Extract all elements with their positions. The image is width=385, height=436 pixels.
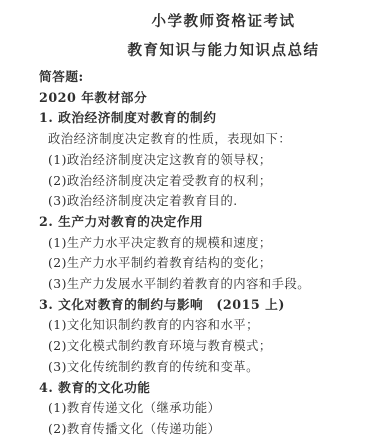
section-1-item-1: (1)政治经济制度决定这教育的领导权；: [39, 150, 385, 171]
document-title-line1: 小学教师资格证考试: [62, 7, 385, 36]
subheading-short-answer: 简答题:: [39, 67, 385, 88]
section-3-heading: 3. 文化对教育的制约与影响 (2015 上): [39, 295, 385, 316]
section-2-item-1: (1)生产力水平决定教育的规模和速度；: [39, 233, 385, 254]
section-3-item-3: (3)文化传统制约教育的传统和变革。: [39, 357, 385, 378]
section-2-item-2: (2)生产力水平制约着教育结构的变化；: [39, 253, 385, 274]
section-1-item-2: (2)政治经济制度决定着受教育的权利；: [39, 171, 385, 192]
section-2-heading: 2. 生产力对教育的决定作用: [39, 212, 385, 233]
edition-label: 2020 年教材部分: [39, 88, 385, 109]
section-3-item-1: (1)文化知识制约教育的内容和水平；: [39, 315, 385, 336]
section-2-item-3: (3)生产力发展水平制约着教育的内容和手段。: [39, 274, 385, 295]
document-page: 小学教师资格证考试 教育知识与能力知识点总结 简答题: 2020 年教材部分 1…: [0, 0, 385, 436]
document-title-line2: 教育知识与能力知识点总结: [62, 36, 385, 65]
document-body: 简答题: 2020 年教材部分 1. 政治经济制度对教育的制约 政治经济制度决定…: [0, 67, 385, 436]
section-4-item-1: (1)教育传递文化（继承功能）: [39, 398, 385, 419]
section-1-item-3: (3)政治经济制度决定着教育目的.: [39, 191, 385, 212]
section-4-heading: 4. 教育的文化功能: [39, 378, 385, 399]
section-1-intro: 政治经济制度决定教育的性质，表现如下：: [39, 129, 385, 150]
section-1-heading: 1. 政治经济制度对教育的制约: [39, 108, 385, 129]
section-4-item-2: (2)教育传播文化（传递功能）: [39, 419, 385, 436]
section-3-item-2: (2)文化模式制约教育环境与教育模式；: [39, 336, 385, 357]
document-header: 小学教师资格证考试 教育知识与能力知识点总结: [0, 0, 385, 65]
